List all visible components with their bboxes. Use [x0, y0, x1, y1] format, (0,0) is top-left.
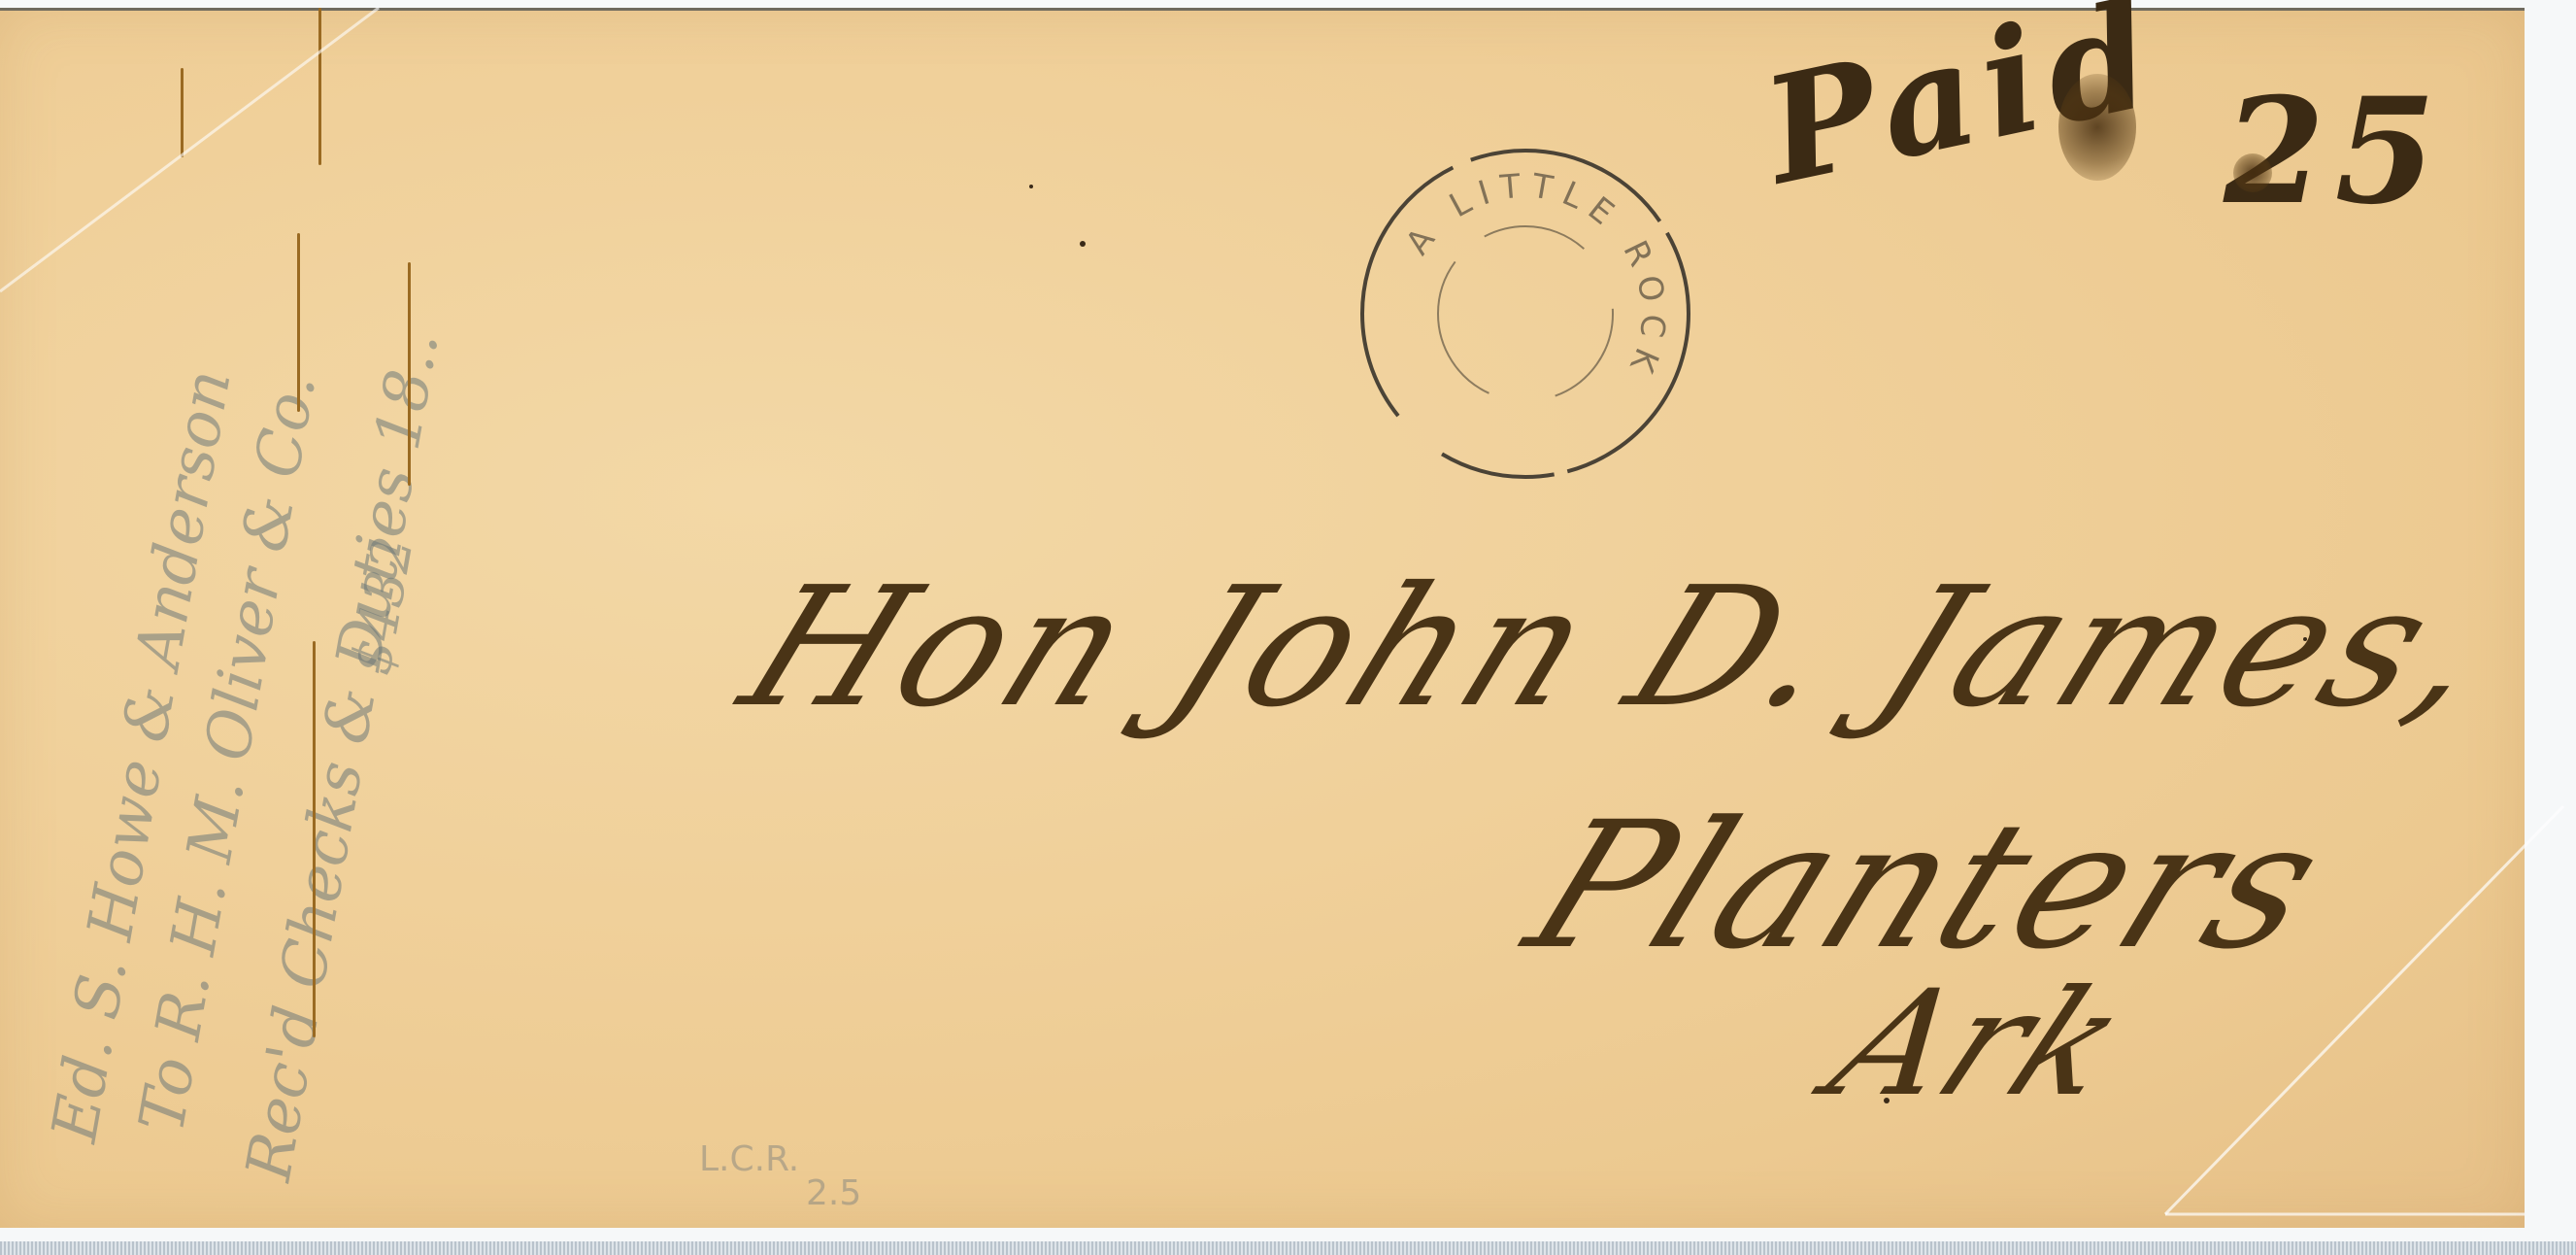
postmark: A LITTLE ROCK — [1357, 146, 1693, 482]
envelope: Ed. S. Howe & Anderson To R. H. M. Olive… — [0, 8, 2525, 1228]
ink-speck — [1884, 1098, 1890, 1103]
docketing-notes: Ed. S. Howe & Anderson To R. H. M. Olive… — [10, 47, 418, 1193]
pencil-note: 2.5 — [806, 1173, 861, 1213]
rate-marking: Paid 25 — [1787, 47, 2486, 270]
ink-blot — [2233, 153, 2272, 192]
ink-speck — [1080, 241, 1086, 247]
ink-speck — [1029, 185, 1033, 188]
docket-rule — [408, 262, 411, 486]
address-line-town: Planters — [1503, 785, 2354, 988]
ink-speck — [2303, 637, 2307, 641]
docket-rule — [297, 233, 300, 412]
ink-blot — [2058, 74, 2136, 181]
paid-amount: 25 — [2224, 66, 2446, 237]
docket-rule — [318, 8, 321, 165]
pencil-note: L.C.R. — [699, 1139, 799, 1179]
svg-text:A LITTLE ROCK: A LITTLE ROCK — [1398, 166, 1673, 387]
postmark-circle-icon: A LITTLE ROCK — [1357, 146, 1693, 482]
address-line-name: Hon John D. James, — [719, 552, 2522, 744]
scanner-edge — [0, 1241, 2576, 1255]
docket-rule — [313, 641, 316, 1037]
docket-rule — [181, 68, 184, 157]
